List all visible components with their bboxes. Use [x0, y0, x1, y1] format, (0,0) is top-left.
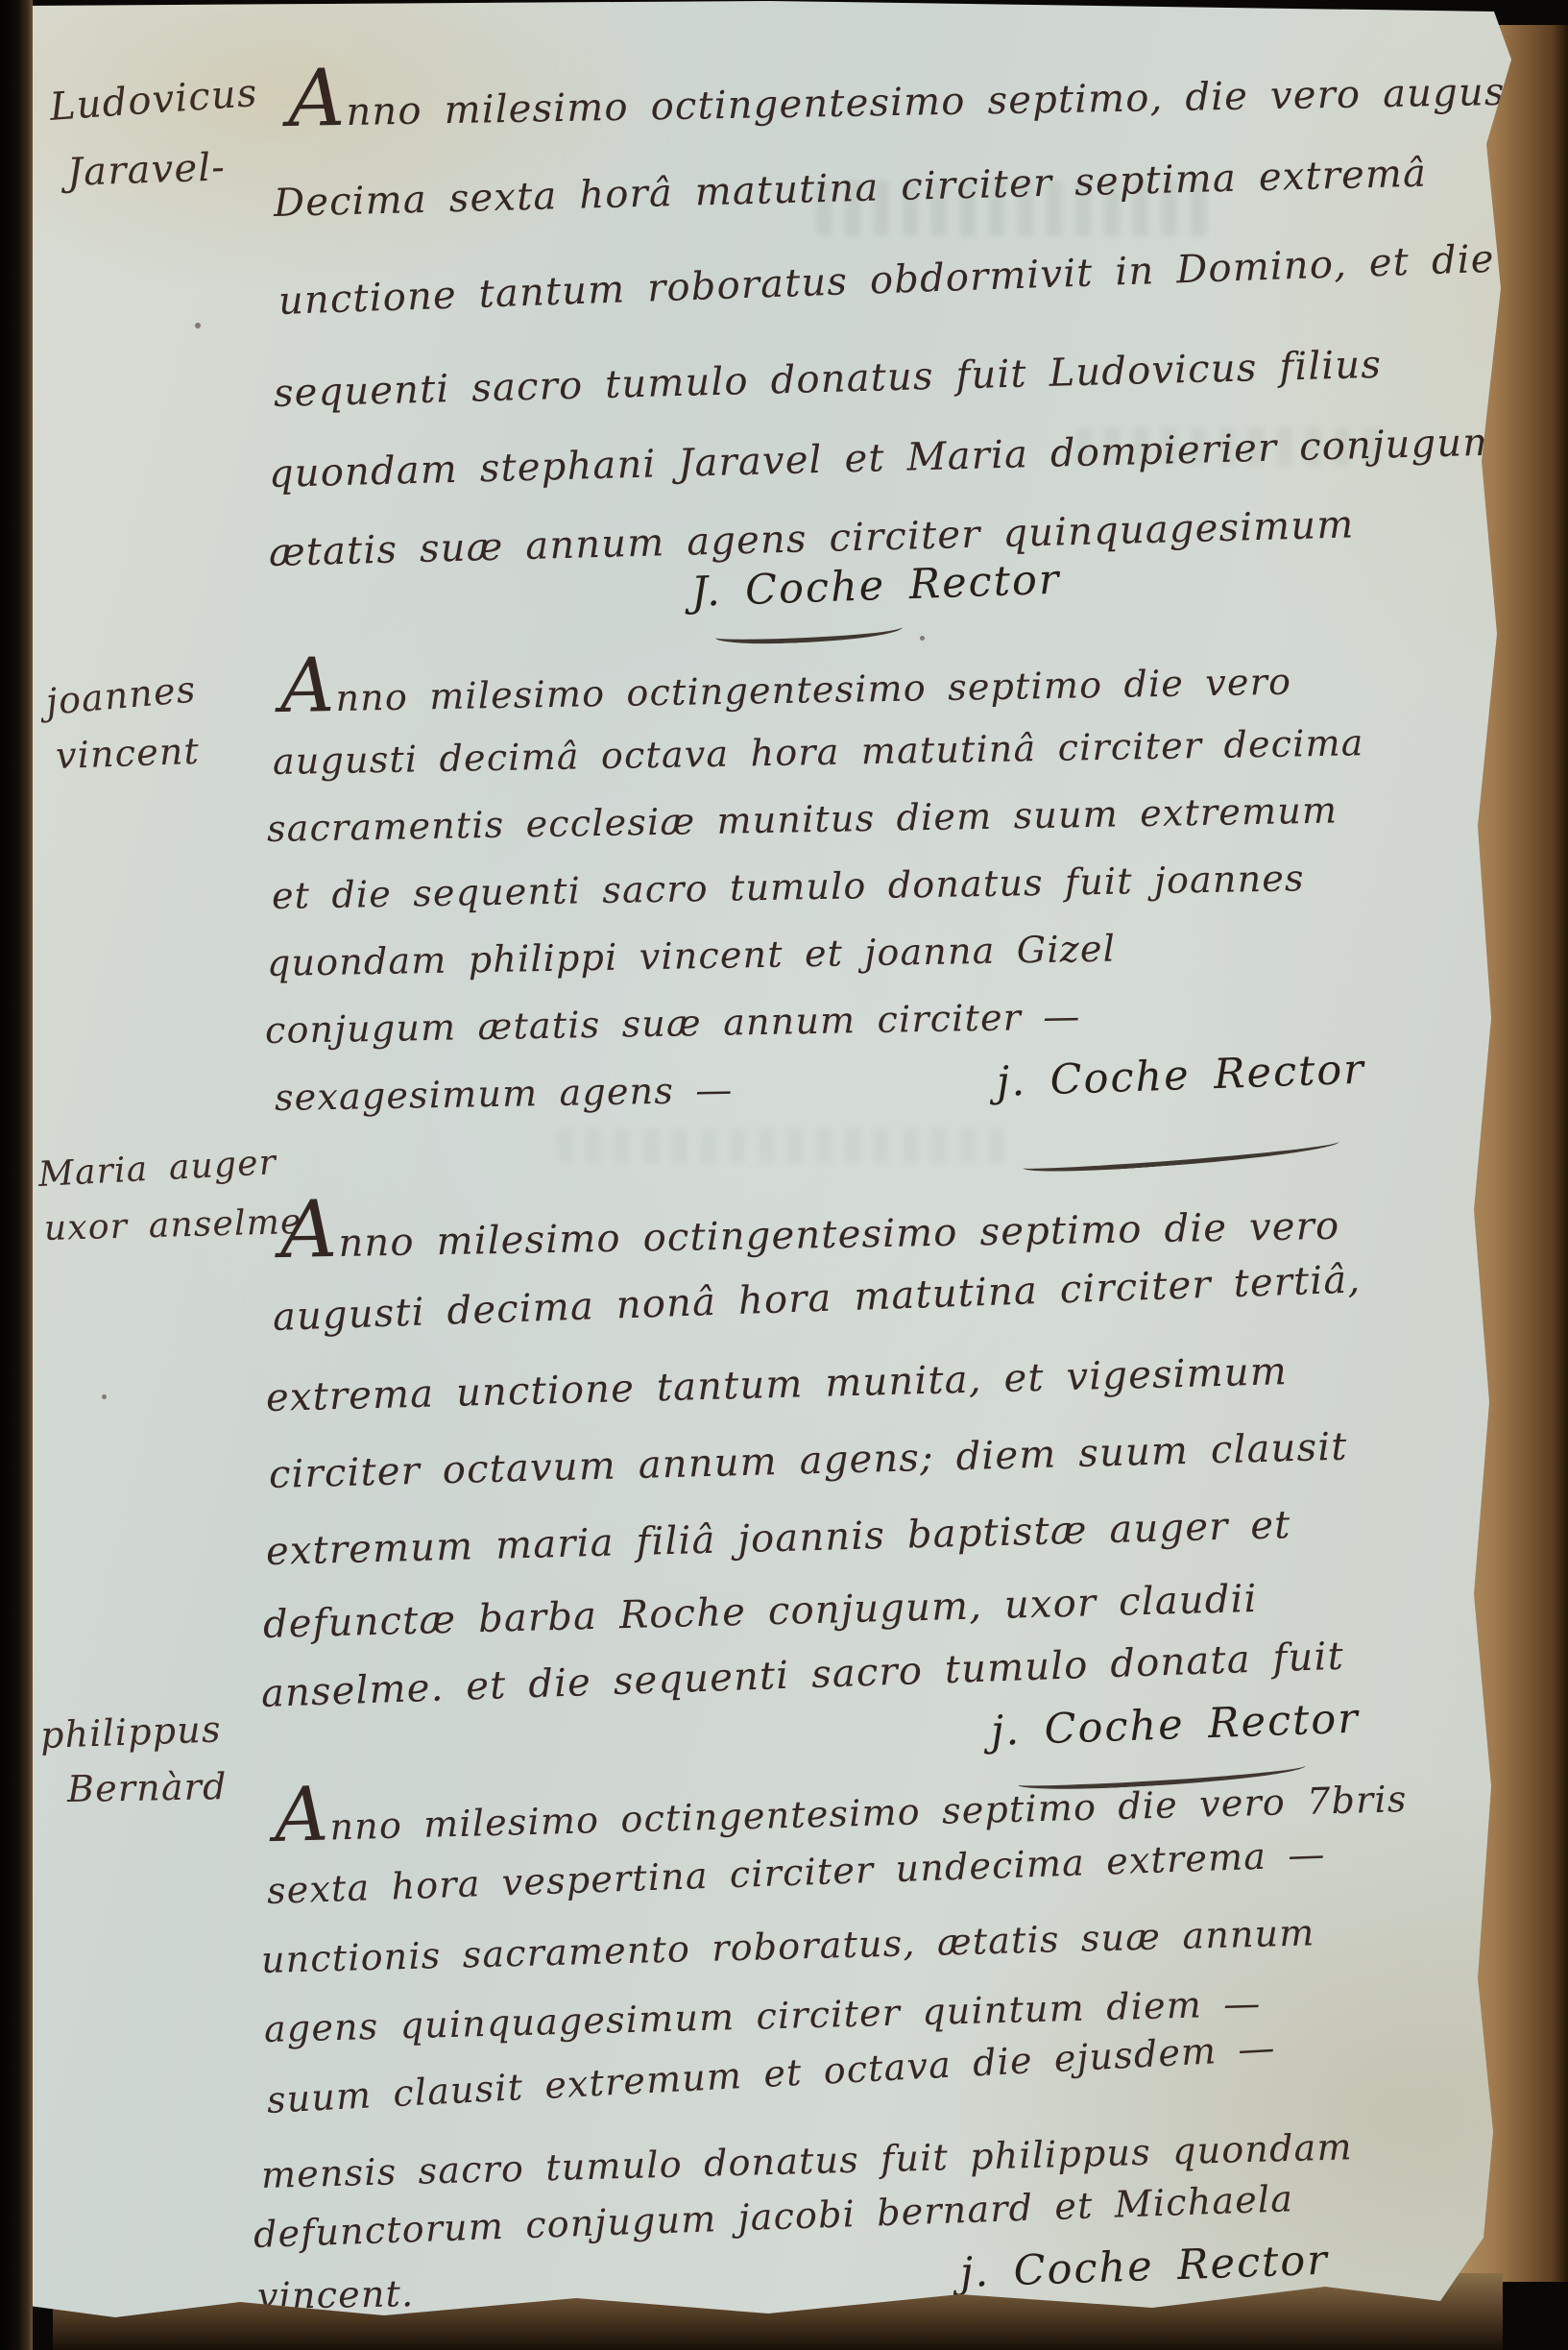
margin-name: Maria auger: [37, 1146, 277, 1193]
book-binding: [0, 0, 33, 2350]
record-line: augusti decimâ octava hora matutinâ circ…: [273, 724, 1364, 780]
record-line: sexta hora vespertina circiter undecima …: [266, 1836, 1326, 1909]
record-line: Anno milesimo octingentesimo septimo, di…: [288, 62, 1536, 133]
margin-name: Ludovicus: [49, 74, 259, 127]
record-line: unctione tantum roboratus obdormivit in …: [277, 240, 1495, 321]
record-line: quondam stephani Jaravel et Maria dompie…: [268, 423, 1513, 494]
record-line: quondam philippi vincent et joanna Gizel: [267, 931, 1117, 981]
record-line: et die sequenti sacro tumulo donatus fui…: [272, 860, 1305, 914]
rector-signature: j. Coche Rector: [990, 1699, 1360, 1753]
rector-signature: J. Coche Rector: [690, 560, 1061, 614]
record-line: extremum maria filiâ joannis baptistæ au…: [265, 1506, 1291, 1571]
record-line: ætatis suæ annum agens circiter quinquag…: [268, 505, 1354, 572]
margin-name: uxor anselme: [44, 1205, 302, 1247]
rector-signature: j. Coche Rector: [959, 2241, 1329, 2294]
ink-speck: [102, 1394, 107, 1399]
record-line: unctionis sacramento roboratus, ætatis s…: [261, 1914, 1315, 1978]
manuscript-scan: 8 Ludovicus Jaravel- Anno milesimo octin…: [0, 0, 1568, 2350]
record-line: circiter octavum annum agens; diem suum …: [268, 1428, 1348, 1494]
margin-name: joannes: [44, 670, 197, 720]
record-line: defunctæ barba Roche conjugum, uxor clau…: [262, 1580, 1258, 1644]
signature-flourish: [715, 619, 904, 646]
record-line: Anno milesimo octingentesimo septimo die…: [280, 655, 1292, 717]
record-line: conjugum ætatis suæ annum circiter —: [265, 998, 1081, 1049]
ink-speck: [920, 636, 925, 641]
margin-name: vincent: [55, 733, 200, 774]
margin-name: Jaravel-: [66, 148, 226, 192]
record-line: sequenti sacro tumulo donatus fuit Ludov…: [273, 346, 1382, 413]
ink-speck: [195, 323, 201, 328]
margin-name: philippus: [39, 1710, 222, 1754]
margin-name: Bernàrd: [67, 1768, 228, 1807]
record-line: augusti decima nonâ hora matutina circit…: [272, 1260, 1362, 1337]
record-line: extrema unctione tantum munita, et viges…: [265, 1352, 1288, 1417]
signature-flourish: [1023, 1134, 1340, 1176]
record-line: sexagesimum agens —: [275, 1072, 734, 1116]
paper-sheet: 8 Ludovicus Jaravel- Anno milesimo octin…: [0, 0, 1568, 2350]
rector-signature: j. Coche Rector: [996, 1050, 1365, 1103]
ink-bleedthrough: [557, 1128, 1018, 1163]
record-line: sacramentis ecclesiæ munitus diem suum e…: [267, 792, 1339, 847]
record-line: Anno milesimo octingentesimo septimo die…: [280, 1198, 1340, 1264]
